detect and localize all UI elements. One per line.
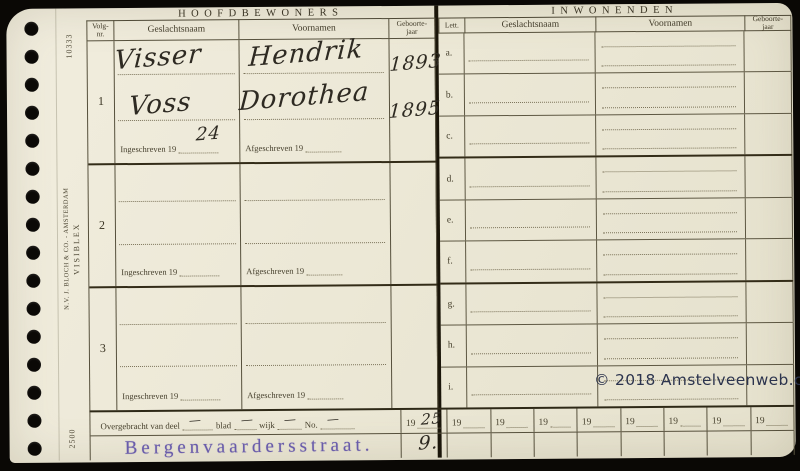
street-stamp-cell: Bergenvaardersstraat. xyxy=(91,434,403,460)
punch-hole xyxy=(26,274,40,288)
year-blank xyxy=(463,419,484,428)
afgeschreven-label: Afgeschreven 19 xyxy=(247,390,305,400)
handwritten-dash: — xyxy=(327,411,341,426)
inwonende-row-b: b. xyxy=(439,71,792,115)
serial-number-top: 10333 xyxy=(64,12,73,58)
lett-cell: d. xyxy=(439,159,465,200)
firstnames-cell xyxy=(598,323,747,365)
inwonende-row-g: g. xyxy=(440,279,793,324)
row-number: 2 xyxy=(89,217,115,232)
header-geboortejaar: Geboorte- jaar xyxy=(745,15,791,32)
inwonenden-rows: a. b. c. d. xyxy=(438,31,794,408)
year-prefix: 19 xyxy=(406,419,416,429)
ingeschreven-line: Ingeschreven 19 xyxy=(120,143,233,154)
surname-cell xyxy=(465,158,596,199)
firstnames-cell: Afgeschreven 19 xyxy=(240,163,391,286)
ingeschreven-blank xyxy=(180,390,220,400)
deel-blank: — xyxy=(183,421,213,430)
overgebracht-label: Overgebracht van deel xyxy=(100,421,180,432)
handwritten-house-number: 9. xyxy=(418,431,439,455)
no-blank: — xyxy=(321,420,355,429)
punch-hole xyxy=(26,246,40,260)
inwonende-row-a: a. xyxy=(438,31,791,74)
volgnr-cell: 3 xyxy=(89,288,117,410)
writing-line xyxy=(469,101,589,103)
ingeschreven-label: Ingeschreven 19 xyxy=(122,391,178,401)
writing-line xyxy=(602,148,736,150)
writing-line xyxy=(470,185,590,187)
empty-cell xyxy=(708,431,752,455)
surname-cell xyxy=(465,74,596,115)
transfer-cell: Overgebracht van deel — blad — wijk — No… xyxy=(90,410,402,435)
birthyear-cell xyxy=(745,156,792,197)
year-cell: 19 xyxy=(708,407,752,430)
header-geboortejaar: Geboorte- jaar xyxy=(389,18,435,38)
ingeschreven-line: Ingeschreven 19 xyxy=(121,267,234,278)
lett-cell: h. xyxy=(441,325,467,366)
hoofdbewoners-rows: 1 Ingeschreven 19 Afgeschreven 19 xyxy=(86,39,438,411)
punch-hole xyxy=(27,358,41,372)
birthyear-cell xyxy=(391,286,438,408)
writing-line xyxy=(470,268,590,270)
fold-crease xyxy=(55,9,60,461)
punch-hole xyxy=(25,162,39,176)
writing-line xyxy=(603,296,737,298)
copyright-watermark: © 2018 Amstelveenweb.com xyxy=(594,371,800,389)
firstnames-cell xyxy=(597,282,746,324)
handwritten-dash: — xyxy=(189,412,203,427)
empty-cell xyxy=(751,431,795,455)
year-cell: 19 xyxy=(491,409,535,432)
handwritten-birthyear: 1895 xyxy=(388,97,442,123)
printer-name: N.V. J. BLOCH & CO. - AMSTERDAM xyxy=(63,187,71,309)
afgeschreven-line: Afgeschreven 19 xyxy=(247,389,385,400)
writing-line xyxy=(471,310,591,312)
afgeschreven-label: Afgeschreven 19 xyxy=(246,266,304,276)
writing-line xyxy=(604,398,738,400)
empty-cell xyxy=(491,433,535,457)
writing-line xyxy=(603,190,737,192)
punch-hole xyxy=(26,218,40,232)
year-cell: 19 xyxy=(578,408,622,431)
lett-cell: c. xyxy=(439,116,465,157)
surname-cell xyxy=(466,283,597,324)
ingeschreven-label: Ingeschreven 19 xyxy=(120,143,176,153)
birthyear-cell xyxy=(390,162,437,284)
writing-line xyxy=(603,273,737,275)
year-blank xyxy=(723,417,744,426)
writing-line xyxy=(603,171,737,173)
inwonende-row-f: f. xyxy=(440,238,793,282)
punch-hole xyxy=(24,22,38,36)
writing-line xyxy=(602,87,736,89)
header-voornamen: Voornamen xyxy=(596,15,745,32)
afgeschreven-label: Afgeschreven 19 xyxy=(245,142,303,152)
year-blank xyxy=(637,418,658,427)
punch-hole xyxy=(27,414,41,428)
lett-cell: f. xyxy=(440,242,466,283)
surname-cell xyxy=(467,324,598,365)
writing-line xyxy=(602,128,736,130)
birthyear-cell xyxy=(746,198,793,239)
hoofdbewoners-header-row: Volg- nr. Geslachtsnaam Voornamen Geboor… xyxy=(86,18,435,42)
punch-hole xyxy=(25,106,39,120)
punch-hole xyxy=(27,302,41,316)
ingeschreven-line: Ingeschreven 19 xyxy=(122,390,235,401)
firstnames-cell xyxy=(597,198,746,240)
lett-cell: g. xyxy=(440,284,466,325)
street-row: Bergenvaardersstraat. 9. xyxy=(91,431,795,461)
volgnr-cell: 1 xyxy=(87,41,115,163)
year-blank xyxy=(680,418,701,427)
empty-cell xyxy=(535,433,579,457)
firstnames-cell xyxy=(595,31,744,73)
handwritten-year: 25 xyxy=(421,409,443,429)
firstnames-cell xyxy=(596,73,745,115)
birthyear-cell xyxy=(745,72,792,113)
surname-cell xyxy=(466,199,597,240)
inwonende-row-h: h. xyxy=(441,322,794,366)
transfer-year-cell: 19 25 xyxy=(402,410,448,433)
surname-cell xyxy=(465,115,596,156)
inwonende-row-d: d. xyxy=(439,154,792,199)
volgnr-cell: 2 xyxy=(88,165,116,287)
surname-cell xyxy=(467,366,598,407)
footer-band: Overgebracht van deel — blad — wijk — No… xyxy=(89,405,794,461)
blad-label: blad xyxy=(216,420,231,430)
writing-line xyxy=(469,60,589,62)
lett-cell: i. xyxy=(441,367,467,408)
year-blank xyxy=(550,419,571,428)
punch-hole xyxy=(27,386,41,400)
printer-imprint: N.V. J. BLOCH & CO. - AMSTERDAM VISIBLEX xyxy=(62,164,81,332)
surname-cell xyxy=(466,241,597,282)
punch-hole xyxy=(28,442,42,456)
header-volgnr: Volg- nr. xyxy=(87,20,114,40)
birthyear-cell xyxy=(744,31,791,72)
writing-line xyxy=(245,242,385,244)
hoofdbewoner-row-3: 3 Ingeschreven 19 Afgeschreven 19 xyxy=(89,284,438,410)
header-voornamen: Voornamen xyxy=(239,18,389,39)
writing-line xyxy=(119,243,236,245)
year-blank xyxy=(507,419,528,428)
hoofdbewoner-row-2: 2 Ingeschreven 19 Afgeschreven 19 xyxy=(88,160,437,286)
handwritten-dash: — xyxy=(240,412,254,427)
blad-blank: — xyxy=(234,421,256,430)
wijk-label: wijk xyxy=(259,420,275,430)
writing-line xyxy=(245,199,385,201)
wijk-blank: — xyxy=(278,421,302,430)
afgeschreven-line: Afgeschreven 19 xyxy=(245,142,383,153)
empty-cell xyxy=(621,432,665,456)
year-cell: 19 xyxy=(751,407,795,430)
writing-line xyxy=(244,72,384,74)
afgeschreven-line: Afgeschreven 19 xyxy=(246,265,384,276)
writing-line xyxy=(246,364,386,366)
ingeschreven-blank xyxy=(179,267,219,277)
row-number: 1 xyxy=(88,94,114,109)
firstnames-cell xyxy=(597,239,746,281)
hoofdbewoner-row-1: 1 Ingeschreven 19 Afgeschreven 19 xyxy=(87,39,436,163)
year-cell: 19 xyxy=(448,409,492,432)
firstnames-cell: Afgeschreven 19 xyxy=(241,286,392,409)
scanned-register-page: 10333 N.V. J. BLOCH & CO. - AMSTERDAM VI… xyxy=(0,0,800,471)
firstnames-cell xyxy=(596,114,745,156)
brand-name: VISIBLEX xyxy=(72,222,81,275)
empty-cell xyxy=(578,432,622,456)
writing-line xyxy=(120,324,237,326)
writing-line xyxy=(602,45,736,47)
writing-line xyxy=(604,357,738,359)
register-card: 10333 N.V. J. BLOCH & CO. - AMSTERDAM VI… xyxy=(6,3,796,463)
firstnames-cell xyxy=(596,157,745,199)
header-geslachtsnaam: Geslachtsnaam xyxy=(114,19,239,40)
lett-cell: a. xyxy=(438,33,464,74)
year-cell: 19 xyxy=(621,408,665,431)
surname-cell xyxy=(464,32,595,73)
punch-hole xyxy=(25,78,39,92)
punch-hole xyxy=(27,330,41,344)
empty-cell xyxy=(665,432,709,456)
punch-hole xyxy=(25,134,39,148)
writing-line xyxy=(471,393,591,395)
year-cell: 19 xyxy=(664,408,708,431)
writing-line xyxy=(604,337,738,339)
lett-cell: e. xyxy=(440,200,466,241)
birthyear-cell xyxy=(747,323,794,364)
no-label: No. xyxy=(305,420,318,430)
handwritten-registered-year: 24 xyxy=(195,122,221,145)
writing-line xyxy=(120,366,237,368)
ingeschreven-label: Ingeschreven 19 xyxy=(121,267,177,277)
writing-line xyxy=(602,106,736,108)
afgeschreven-blank xyxy=(306,266,342,276)
punch-hole xyxy=(25,50,39,64)
birthyear-cell xyxy=(746,281,793,322)
surname-cell: Ingeschreven 19 xyxy=(116,288,242,411)
writing-line xyxy=(602,65,736,67)
writing-line xyxy=(469,143,589,145)
birthyear-cell xyxy=(746,239,793,280)
punch-hole xyxy=(26,190,40,204)
writing-line xyxy=(603,253,737,255)
writing-line xyxy=(244,118,384,120)
row-number: 3 xyxy=(90,341,116,356)
year-blank xyxy=(593,418,614,427)
header-geslachtsnaam: Geslachtsnaam xyxy=(465,16,596,33)
writing-line xyxy=(471,352,591,354)
handwritten-surname: Voss xyxy=(128,87,192,122)
surname-cell: Ingeschreven 19 xyxy=(115,164,241,287)
serial-number-bottom: 2500 xyxy=(67,406,76,448)
house-number-cell: 9. xyxy=(402,434,448,458)
inwonende-row-e: e. xyxy=(440,197,793,241)
writing-line xyxy=(246,322,386,324)
street-stamp: Bergenvaardersstraat. xyxy=(124,434,373,459)
writing-line xyxy=(603,212,737,214)
handwritten-birthyear: 1893 xyxy=(389,50,443,76)
empty-cell xyxy=(448,433,492,457)
writing-line xyxy=(603,231,737,233)
writing-line xyxy=(604,315,738,317)
handwritten-dash: — xyxy=(284,412,298,427)
year-blank xyxy=(767,417,788,426)
afgeschreven-blank xyxy=(307,389,343,399)
writing-line xyxy=(119,200,236,202)
writing-line xyxy=(470,227,590,229)
year-cell: 19 xyxy=(534,409,578,432)
header-lett: Lett. xyxy=(439,17,465,33)
lett-cell: b. xyxy=(439,75,465,116)
inwonende-row-c: c. xyxy=(439,113,792,157)
birthyear-cell xyxy=(745,114,792,155)
afgeschreven-blank xyxy=(305,142,341,152)
